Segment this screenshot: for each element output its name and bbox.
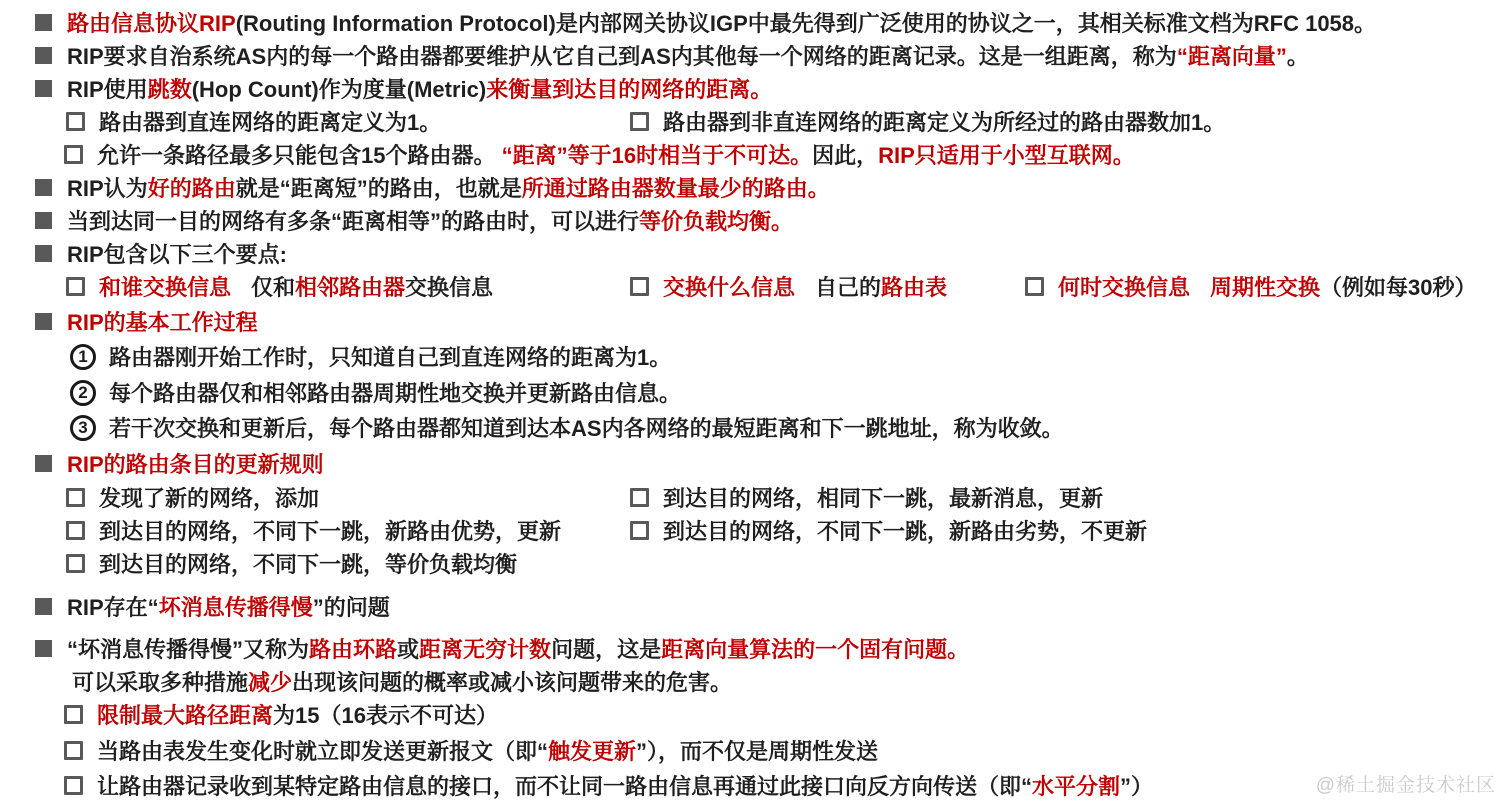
key-point-desc: 仅和相邻路由器交换信息 — [251, 271, 493, 302]
text-segment: RIP的路由条目的更新规则 — [67, 452, 324, 477]
line-text: 允许一条路径最多只能包含15个路由器。 “距离”等于16时相当于不可达。因此，R… — [97, 139, 1135, 170]
text-segment: RIP要求自治系统AS内的每一个路由器都要维护从它自己到AS内其他每一个网络的距… — [67, 44, 1177, 69]
text-segment: ”），而不仅是周期性发送 — [636, 739, 878, 764]
step-3: 3 若干次交换和更新后，每个路由器都知道到达本AS内各网络的最短距离和下一跳地址… — [0, 410, 1512, 445]
line-limit-max-distance: 限制最大路径距离为15（16表示不可达） — [0, 698, 1512, 731]
checkbox-item: 路由器到直连网络的距离定义为1。 — [66, 106, 441, 137]
line-text: 路由信息协议RIP(Routing Information Protocol)是… — [67, 7, 1376, 38]
text-segment: 到达目的网络，不同下一跳，新路由劣势，不更新 — [663, 519, 1147, 544]
line-text: 发现了新的网络，添加 — [99, 482, 319, 513]
text-segment: 到达目的网络，相同下一跳，最新消息，更新 — [663, 486, 1103, 511]
text-segment: 路由器到直连网络的距离定义为1。 — [99, 110, 441, 135]
line-text: 当到达同一目的网络有多条“距离相等”的路由时，可以进行等价负载均衡。 — [67, 205, 793, 236]
checkbox-icon — [66, 277, 85, 296]
text-segment: 就是“距离短”的路由，也就是 — [236, 176, 522, 201]
line-text: 路由器刚开始工作时，只知道自己到直连网络的距离为1。 — [109, 341, 671, 372]
text-segment: 路由器刚开始工作时，只知道自己到直连网络的距离为1。 — [109, 345, 671, 370]
line-text: 路由器到直连网络的距离定义为1。 — [99, 106, 441, 137]
step-number-badge: 2 — [70, 380, 96, 406]
text-segment: (Hop Count)作为度量(Metric) — [192, 77, 487, 102]
checkbox-icon — [630, 277, 649, 296]
text-segment: 距离向量算法的一个固有问题。 — [661, 637, 969, 662]
line-split-horizon: 让路由器记录收到某特定路由信息的接口，而不让同一路由信息再通过此接口向反方向传送… — [0, 769, 1512, 802]
bullet-icon — [35, 47, 52, 64]
bullet-icon — [35, 212, 52, 229]
section-title-text: RIP的路由条目的更新规则 — [67, 448, 324, 479]
text-segment: 发现了新的网络，添加 — [99, 486, 319, 511]
line-triggered-update: 当路由表发生变化时就立即发送更新报文（即“触发更新”），而不仅是周期性发送 — [0, 734, 1512, 767]
line-text: RIP存在“坏消息传播得慢”的问题 — [67, 591, 390, 622]
bullet-icon — [35, 245, 52, 262]
text-segment: 问题，这是 — [551, 637, 661, 662]
checkbox-icon — [1025, 277, 1044, 296]
text-segment: 当路由表发生变化时就立即发送更新报文（即“ — [97, 739, 548, 764]
checkbox-icon — [630, 521, 649, 540]
text-segment: 等价负载均衡。 — [639, 209, 793, 234]
key-point-label: 和谁交换信息 — [99, 271, 231, 302]
text-segment: 自己的 — [815, 275, 881, 300]
text-segment: 好的路由 — [148, 176, 236, 201]
text-segment: 到达目的网络，不同下一跳，新路由优势，更新 — [99, 519, 561, 544]
line-text: RIP认为好的路由就是“距离短”的路由，也就是所通过路由器数量最少的路由。 — [67, 172, 830, 203]
line-text: 到达目的网络，相同下一跳，最新消息，更新 — [663, 482, 1103, 513]
text-segment: 触发更新 — [548, 739, 636, 764]
text-segment: 。 — [1287, 44, 1309, 69]
text-segment: 减少 — [248, 670, 292, 695]
text-segment: 周期性交换 — [1210, 275, 1320, 300]
checkbox-icon — [66, 521, 85, 540]
text-segment: 让路由器记录收到某特定路由信息的接口，而不让同一路由信息再通过此接口向反方向传送… — [97, 774, 1032, 799]
line-max-15-routers: 允许一条路径最多只能包含15个路由器。 “距离”等于16时相当于不可达。因此，R… — [0, 138, 1512, 171]
text-segment: 出现该问题的概率或减小该问题带来的危害。 — [292, 670, 732, 695]
text-segment: “距离向量” — [1177, 44, 1287, 69]
checkbox-item: 到达目的网络，不同下一跳，新路由优势，更新 — [66, 515, 561, 546]
text-segment: (Routing Information Protocol)是内部网关协议IGP… — [236, 11, 1376, 36]
line-text: 到达目的网络，不同下一跳，新路由劣势，不更新 — [663, 515, 1147, 546]
text-segment: 跳数 — [148, 77, 192, 102]
checkbox-icon — [64, 776, 83, 795]
line-text: 让路由器记录收到某特定路由信息的接口，而不让同一路由信息再通过此接口向反方向传送… — [97, 770, 1153, 801]
text-segment: 为15（16表示不可达） — [273, 703, 498, 728]
line-text: RIP使用跳数(Hop Count)作为度量(Metric)来衡量到达目的网络的… — [67, 73, 772, 104]
text-segment: “坏消息传播得慢”又称为 — [67, 637, 309, 662]
step-2: 2 每个路由器仅和相邻路由器周期性地交换并更新路由信息。 — [0, 375, 1512, 410]
key-point-label: 交换什么信息 — [663, 271, 795, 302]
line-text: RIP要求自治系统AS内的每一个路由器都要维护从它自己到AS内其他每一个网络的距… — [67, 40, 1309, 71]
checkbox-icon — [66, 554, 85, 573]
line-text: RIP包含以下三个要点: — [67, 238, 287, 269]
line-count-to-infinity: “坏消息传播得慢”又称为路由环路或距离无穷计数问题，这是距离向量算法的一个固有问… — [0, 632, 1512, 665]
section-title-update-rules: RIP的路由条目的更新规则 — [0, 447, 1512, 480]
text-segment: 每个路由器仅和相邻路由器周期性地交换并更新路由信息。 — [109, 381, 681, 406]
checkbox-icon — [630, 488, 649, 507]
text-segment: ”的问题 — [313, 595, 390, 620]
text-segment: 到达目的网络，不同下一跳，等价负载均衡 — [99, 552, 517, 577]
watermark: @稀土掘金技术社区 — [1316, 770, 1496, 797]
text-segment: 允许一条路径最多只能包含15个路由器。 — [97, 143, 502, 168]
text-segment: ”） — [1120, 774, 1153, 799]
text-segment: 何时交换信息 — [1058, 275, 1190, 300]
line-rules-row1: 发现了新的网络，添加 到达目的网络，相同下一跳，最新消息，更新 — [0, 481, 1512, 514]
key-point-who: 和谁交换信息 仅和相邻路由器交换信息 — [66, 271, 493, 302]
line-distance-vector: RIP要求自治系统AS内的每一个路由器都要维护从它自己到AS内其他每一个网络的距… — [0, 39, 1512, 72]
bullet-icon — [35, 455, 52, 472]
text-segment: （例如每30秒） — [1320, 275, 1476, 300]
line-text: 到达目的网络，不同下一跳，等价负载均衡 — [99, 548, 517, 579]
checkbox-icon — [630, 112, 649, 131]
line-three-points: RIP包含以下三个要点: — [0, 237, 1512, 270]
checkbox-icon — [64, 145, 83, 164]
line-text: 限制最大路径距离为15（16表示不可达） — [97, 699, 498, 730]
line-mitigation: 可以采取多种措施减少出现该问题的概率或减小该问题带来的危害。 — [0, 665, 1512, 698]
text-segment: 限制最大路径距离 — [97, 703, 273, 728]
line-good-route: RIP认为好的路由就是“距离短”的路由，也就是所通过路由器数量最少的路由。 — [0, 171, 1512, 204]
step-number-badge: 1 — [70, 344, 96, 370]
line-text: 每个路由器仅和相邻路由器周期性地交换并更新路由信息。 — [109, 377, 681, 408]
bullet-icon — [35, 313, 52, 330]
key-point-desc: 自己的路由表 — [815, 271, 947, 302]
text-segment: 水平分割 — [1032, 774, 1120, 799]
text-segment: 来衡量到达目的网络的距离。 — [486, 77, 772, 102]
text-segment: RIP认为 — [67, 176, 148, 201]
checkbox-item: 路由器到非直连网络的距离定义为所经过的路由器数加1。 — [630, 105, 1225, 138]
line-hop-count: RIP使用跳数(Hop Count)作为度量(Metric)来衡量到达目的网络的… — [0, 72, 1512, 105]
text-segment: RIP使用 — [67, 77, 148, 102]
checkbox-icon — [64, 705, 83, 724]
text-segment: 交换什么信息 — [663, 275, 795, 300]
text-segment: 路由信息协议RIP — [67, 11, 236, 36]
text-segment: 仅和 — [251, 275, 295, 300]
text-segment: 交换信息 — [405, 275, 493, 300]
text-segment: RIP包含以下三个要点: — [67, 242, 287, 267]
section-title-text: RIP的基本工作过程 — [67, 306, 258, 337]
text-segment: 因此， — [812, 143, 878, 168]
text-segment: 若干次交换和更新后，每个路由器都知道到达本AS内各网络的最短距离和下一跳地址，称… — [109, 416, 1064, 441]
checkbox-icon — [64, 741, 83, 760]
text-segment: RIP只适用于小型互联网。 — [878, 143, 1135, 168]
bullet-icon — [35, 640, 52, 657]
line-distance-defs: 路由器到直连网络的距离定义为1。 路由器到非直连网络的距离定义为所经过的路由器数… — [0, 105, 1512, 138]
bullet-icon — [35, 14, 52, 31]
step-number-badge: 3 — [70, 415, 96, 441]
line-rules-row3: 到达目的网络，不同下一跳，等价负载均衡 — [0, 547, 1512, 580]
line-text: 可以采取多种措施减少出现该问题的概率或减小该问题带来的危害。 — [72, 666, 732, 697]
checkbox-item: 到达目的网络，相同下一跳，最新消息，更新 — [630, 481, 1103, 514]
line-key-points: 和谁交换信息 仅和相邻路由器交换信息 交换什么信息 自己的路由表 何时交换信息 … — [0, 270, 1512, 303]
checkbox-item: 发现了新的网络，添加 — [66, 482, 319, 513]
bullet-icon — [35, 80, 52, 97]
text-segment: 所通过路由器数量最少的路由。 — [522, 176, 830, 201]
checkbox-item: 到达目的网络，不同下一跳，新路由劣势，不更新 — [630, 514, 1147, 547]
checkbox-icon — [66, 488, 85, 507]
text-segment: RIP的基本工作过程 — [67, 310, 258, 335]
line-text: 到达目的网络，不同下一跳，新路由优势，更新 — [99, 515, 561, 546]
text-segment: 当到达同一目的网络有多条“距离相等”的路由时，可以进行 — [67, 209, 639, 234]
checkbox-icon — [66, 112, 85, 131]
bullet-icon — [35, 179, 52, 196]
line-text: 路由器到非直连网络的距离定义为所经过的路由器数加1。 — [663, 106, 1225, 137]
section-title-basic-process: RIP的基本工作过程 — [0, 305, 1512, 338]
bullet-icon — [35, 598, 52, 615]
text-segment: 或 — [397, 637, 419, 662]
text-segment: 路由表 — [881, 275, 947, 300]
key-point-when: 何时交换信息 周期性交换（例如每30秒） — [1025, 270, 1477, 303]
line-rip-intro: 路由信息协议RIP(Routing Information Protocol)是… — [0, 6, 1512, 39]
text-segment: 路由器到非直连网络的距离定义为所经过的路由器数加1。 — [663, 110, 1225, 135]
text-segment: “距离”等于16时相当于不可达。 — [502, 143, 812, 168]
key-point-desc: 周期性交换（例如每30秒） — [1210, 271, 1477, 302]
line-text: “坏消息传播得慢”又称为路由环路或距离无穷计数问题，这是距离向量算法的一个固有问… — [67, 633, 969, 664]
key-point-label: 何时交换信息 — [1058, 271, 1190, 302]
line-bad-news-problem: RIP存在“坏消息传播得慢”的问题 — [0, 589, 1512, 623]
text-segment: 距离无穷计数 — [419, 637, 551, 662]
text-segment: 相邻路由器 — [295, 275, 405, 300]
checkbox-item: 到达目的网络，不同下一跳，等价负载均衡 — [66, 548, 517, 579]
step-1: 1 路由器刚开始工作时，只知道自己到直连网络的距离为1。 — [0, 339, 1512, 374]
line-load-balance: 当到达同一目的网络有多条“距离相等”的路由时，可以进行等价负载均衡。 — [0, 204, 1512, 237]
text-segment: 坏消息传播得慢 — [159, 595, 313, 620]
slide: 路由信息协议RIP(Routing Information Protocol)是… — [0, 0, 1512, 807]
text-segment: 可以采取多种措施 — [72, 670, 248, 695]
text-segment: 路由环路 — [309, 637, 397, 662]
line-rules-row2: 到达目的网络，不同下一跳，新路由优势，更新 到达目的网络，不同下一跳，新路由劣势… — [0, 514, 1512, 547]
line-text: 当路由表发生变化时就立即发送更新报文（即“触发更新”），而不仅是周期性发送 — [97, 735, 878, 766]
text-segment: 和谁交换信息 — [99, 275, 231, 300]
line-text: 若干次交换和更新后，每个路由器都知道到达本AS内各网络的最短距离和下一跳地址，称… — [109, 412, 1064, 443]
text-segment: RIP存在“ — [67, 595, 159, 620]
key-point-what: 交换什么信息 自己的路由表 — [630, 270, 947, 303]
